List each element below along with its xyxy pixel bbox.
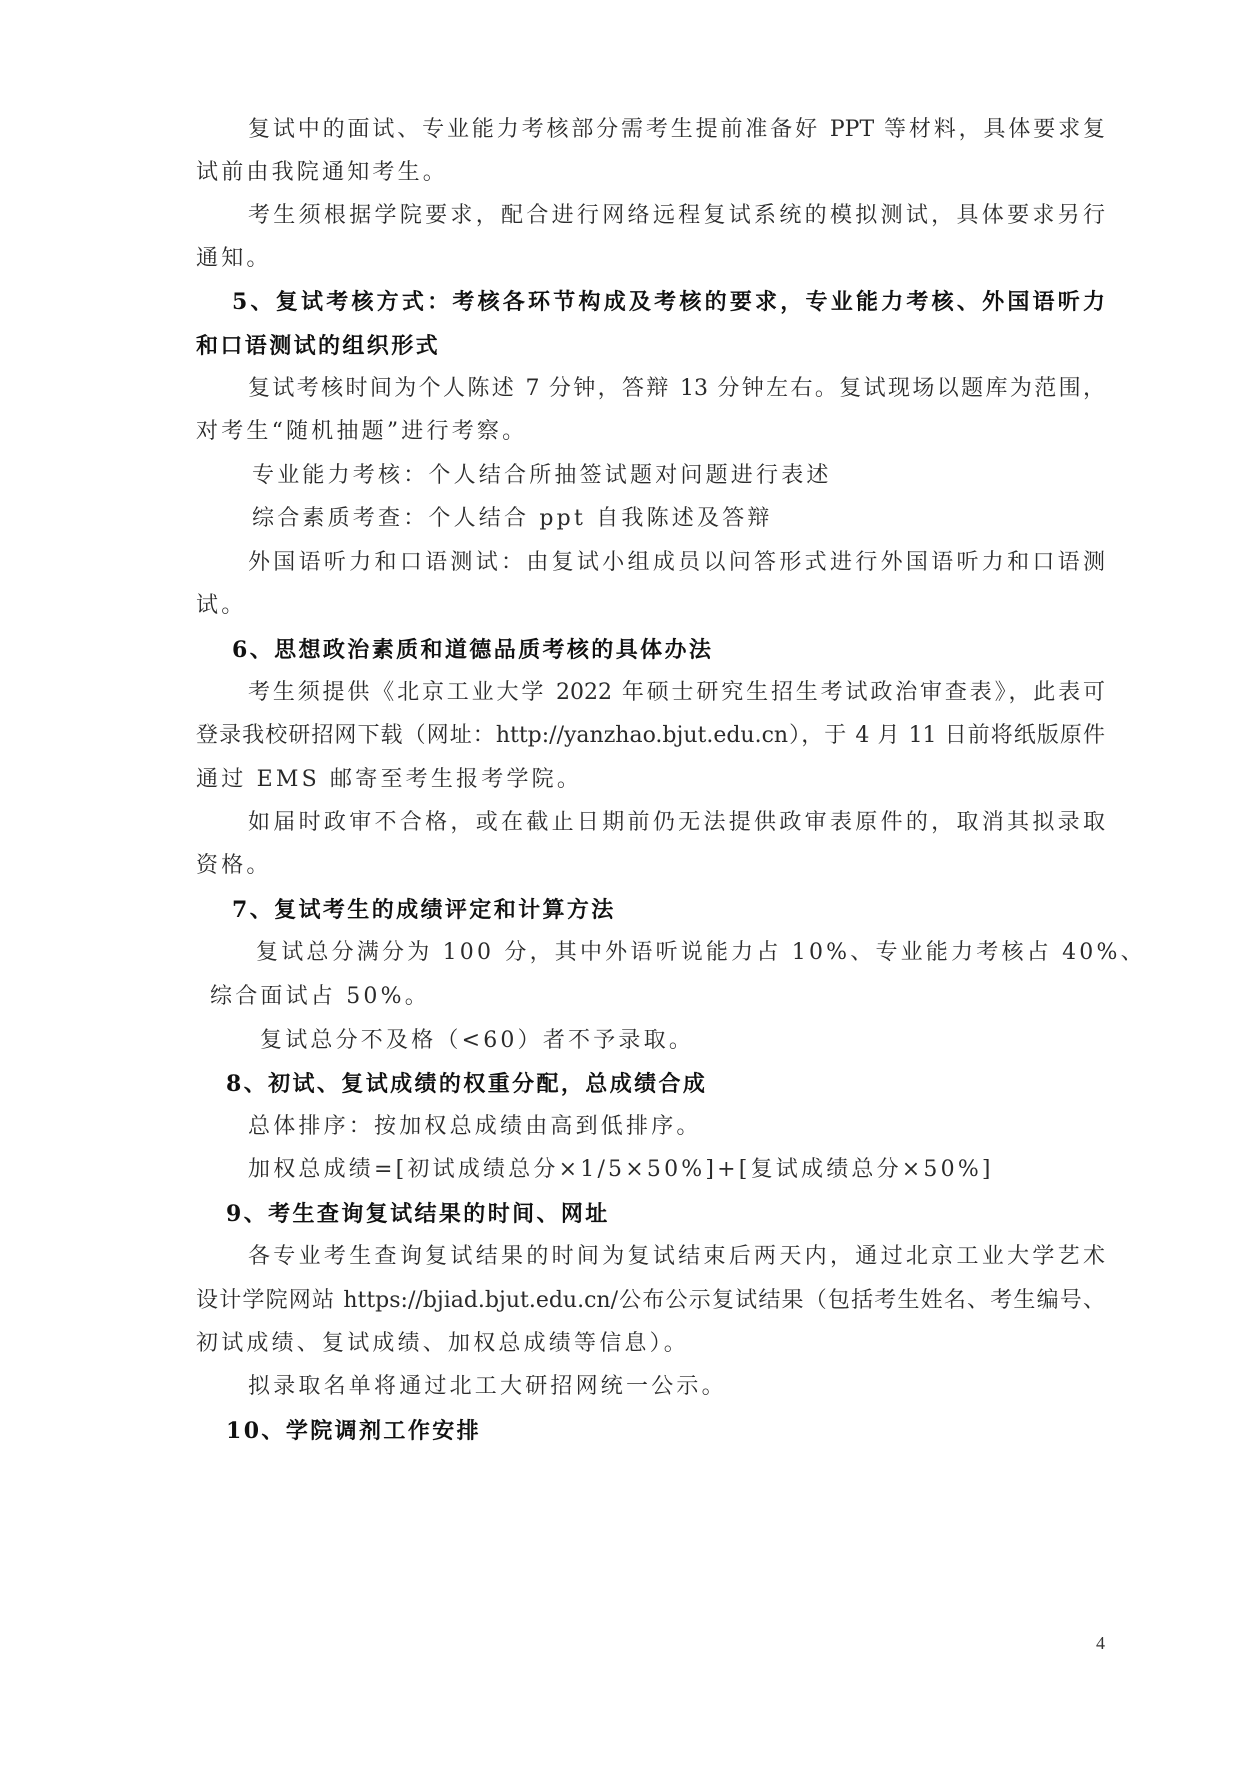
section-heading: 8、初试、复试成绩的权重分配，总成绩合成	[226, 1069, 707, 1099]
paragraph-line: 复试总分满分为 100 分，其中外语听说能力占 10%、专业能力考核占 40%、	[256, 938, 1146, 968]
paragraph-line: 综合面试占 50%。	[210, 982, 430, 1012]
paragraph-line: 登录我校研招网下载（网址：http://yanzhao.bjut.edu.cn）…	[196, 721, 1105, 751]
section-heading: 9、考生查询复试结果的时间、网址	[226, 1199, 610, 1229]
paragraph-line: 考生须提供《北京工业大学 2022 年硕士研究生招生考试政治审查表》，此表可	[248, 678, 1105, 708]
document-page: 复试中的面试、专业能力考核部分需考生提前准备好 PPT 等材料，具体要求复试前由…	[0, 0, 1256, 1777]
paragraph-line: 对考生“随机抽题”进行考察。	[196, 417, 527, 447]
paragraph-line: 复试总分不及格（<60）者不予录取。	[260, 1026, 694, 1056]
section-heading: 5、复试考核方式：考核各环节构成及考核的要求，专业能力考核、外国语听力	[232, 287, 1105, 317]
paragraph-line: 加权总成绩=[初试成绩总分×1/5×50%]+[复试成绩总分×50%]	[248, 1155, 994, 1185]
section-heading: 6、思想政治素质和道德品质考核的具体办法	[232, 635, 713, 665]
section-heading: 7、复试考生的成绩评定和计算方法	[232, 895, 616, 925]
paragraph-line: 复试中的面试、专业能力考核部分需考生提前准备好 PPT 等材料，具体要求复	[248, 115, 1105, 145]
section-heading: 10、学院调剂工作安排	[226, 1416, 481, 1446]
section-heading: 和口语测试的组织形式	[196, 331, 440, 361]
paragraph-line: 试前由我院通知考生。	[196, 158, 448, 188]
paragraph-line: 初试成绩、复试成绩、加权总成绩等信息）。	[196, 1329, 689, 1359]
paragraph-line: 如届时政审不合格，或在截止日期前仍无法提供政审表原件的，取消其拟录取	[248, 808, 1105, 838]
paragraph-line: 拟录取名单将通过北工大研招网统一公示。	[248, 1372, 727, 1402]
paragraph-line: 通过 EMS 邮寄至考生报考学院。	[196, 765, 582, 795]
paragraph-line: 通知。	[196, 244, 272, 274]
paragraph-line: 资格。	[196, 851, 272, 881]
page-number: 4	[1096, 1633, 1105, 1654]
paragraph-line: 设计学院网站 https://bjiad.bjut.edu.cn/公布公示复试结…	[196, 1286, 1105, 1316]
paragraph-line: 综合素质考查：个人结合 ppt 自我陈述及答辩	[252, 504, 773, 534]
paragraph-line: 总体排序：按加权总成绩由高到低排序。	[248, 1112, 702, 1142]
paragraph-line: 各专业考生查询复试结果的时间为复试结束后两天内，通过北京工业大学艺术	[248, 1242, 1105, 1272]
paragraph-line: 复试考核时间为个人陈述 7 分钟，答辩 13 分钟左右。复试现场以题库为范围，	[248, 374, 1105, 404]
paragraph-line: 试。	[196, 591, 246, 621]
paragraph-line: 专业能力考核：个人结合所抽签试题对问题进行表述	[252, 461, 832, 491]
paragraph-line: 外国语听力和口语测试：由复试小组成员以问答形式进行外国语听力和口语测	[248, 548, 1105, 578]
paragraph-line: 考生须根据学院要求，配合进行网络远程复试系统的模拟测试，具体要求另行	[248, 201, 1105, 231]
